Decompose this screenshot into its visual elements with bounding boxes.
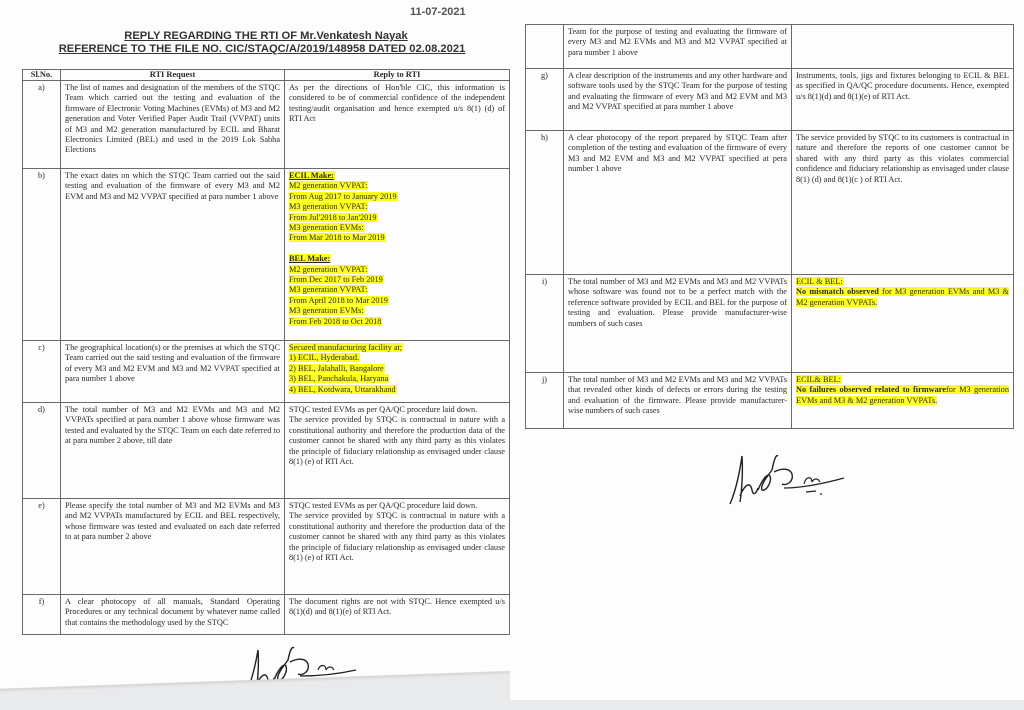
reply-title: ECIL & BEL: (796, 277, 844, 286)
row-reply: The service provided by STQC to its cust… (792, 131, 1014, 275)
rti-table-right: Team for the purpose of testing and eval… (525, 24, 1014, 429)
reply-paragraph: STQC tested EVMs as per QA/QC procedure … (289, 405, 505, 415)
row-reply (792, 25, 1014, 69)
rti-table-left: Sl.No. RTI Request Reply to RTI a) The l… (22, 69, 510, 635)
reply-line: M2 generation VVPAT: (289, 265, 368, 274)
ecil-make-title: ECIL Make: (289, 171, 335, 180)
reply-line: 4) BEL, Kotdwara, Uttarakhand (289, 385, 397, 394)
row-sl: d) (23, 403, 61, 499)
reply-title: ECIL& BEL: (796, 375, 842, 384)
row-reply: Instruments, tools, jigs and fixtures be… (792, 69, 1014, 131)
row-sl: e) (23, 499, 61, 595)
table-row: g) A clear description of the instrument… (526, 69, 1014, 131)
reply-line: 3) BEL, Panchakula, Haryana (289, 374, 389, 383)
signature-image (722, 448, 852, 508)
row-reply: STQC tested EVMs as per QA/QC procedure … (285, 499, 510, 595)
reply-bold: No mismatch observed (796, 287, 879, 296)
row-request: The total number of M3 and M2 EVMs and M… (564, 373, 792, 429)
row-reply: ECIL& BEL: No failures observed related … (792, 373, 1014, 429)
reply-line: M3 generation VVPAT: (289, 285, 368, 294)
reply-line: 1) ECIL, Hyderabad. (289, 353, 360, 362)
row-sl: i) (526, 275, 564, 373)
row-reply: ECIL Make: M2 generation VVPAT: From Aug… (285, 169, 510, 341)
reply-paragraph: The service provided by STQC is contract… (289, 511, 505, 563)
header-rti-request: RTI Request (61, 70, 285, 81)
signature-image (238, 640, 378, 698)
row-reply: ECIL & BEL: No mismatch observed for M3 … (792, 275, 1014, 373)
row-sl: b) (23, 169, 61, 341)
reply-line: Secured manufacturing facility at; (289, 343, 403, 352)
table-row: j) The total number of M3 and M2 EVMs an… (526, 373, 1014, 429)
reply-line: 2) BEL, Jalahalli, Bangalore (289, 364, 385, 373)
document-title: REPLY REGARDING THE RTI OF Mr.Venkatesh … (10, 30, 522, 42)
row-request: A clear description of the instruments a… (564, 69, 792, 131)
table-row: Team for the purpose of testing and eval… (526, 25, 1014, 69)
row-request: The total number of M3 and M2 EVMs and M… (564, 275, 792, 373)
table-header-row: Sl.No. RTI Request Reply to RTI (23, 70, 510, 81)
row-request: A clear photocopy of all manuals, Standa… (61, 595, 285, 635)
header-sl-no: Sl.No. (23, 70, 61, 81)
row-request: The geographical location(s) or the prem… (61, 341, 285, 403)
reply-bold: No failures observed related to firmware (796, 385, 946, 394)
reply-line: From Feb 2018 to Oct 2018 (289, 317, 382, 326)
row-sl (526, 25, 564, 69)
document-date: 11-07-2021 (410, 6, 466, 18)
document-reference: REFERENCE TO THE FILE NO. CIC/STAQC/A/20… (6, 43, 518, 55)
row-sl: a) (23, 81, 61, 169)
reply-line: M3 generation EVMs: (289, 223, 365, 232)
reply-line: From April 2018 to Mar 2019 (289, 296, 389, 305)
row-reply: As per the directions of Hon'ble CIC, th… (285, 81, 510, 169)
reply-line: M3 generation VVPAT: (289, 202, 368, 211)
row-request: The total number of M3 and M2 EVMs and M… (61, 403, 285, 499)
row-request: The list of names and designation of the… (61, 81, 285, 169)
bel-make-title: BEL Make: (289, 254, 331, 263)
row-request: A clear photocopy of the report prepared… (564, 131, 792, 275)
reply-line: M3 generation EVMs: (289, 306, 365, 315)
row-sl: c) (23, 341, 61, 403)
row-reply: The document rights are not with STQC. H… (285, 595, 510, 635)
reply-paragraph: STQC tested EVMs as per QA/QC procedure … (289, 501, 505, 511)
row-request: Please specify the total number of M3 an… (61, 499, 285, 595)
row-request: The exact dates on which the STQC Team c… (61, 169, 285, 341)
reply-paragraph: The service provided by STQC is contract… (289, 415, 505, 467)
row-request: Team for the purpose of testing and eval… (564, 25, 792, 69)
table-row: c) The geographical location(s) or the p… (23, 341, 510, 403)
table-row: e) Please specify the total number of M3… (23, 499, 510, 595)
left-page: 11-07-2021 REPLY REGARDING THE RTI OF Mr… (0, 0, 512, 700)
row-reply: Secured manufacturing facility at; 1) EC… (285, 341, 510, 403)
row-sl: j) (526, 373, 564, 429)
table-row: d) The total number of M3 and M2 EVMs an… (23, 403, 510, 499)
row-reply: STQC tested EVMs as per QA/QC procedure … (285, 403, 510, 499)
table-row: b) The exact dates on which the STQC Tea… (23, 169, 510, 341)
table-row: h) A clear photocopy of the report prepa… (526, 131, 1014, 275)
right-page: Team for the purpose of testing and eval… (512, 0, 1024, 700)
row-sl: f) (23, 595, 61, 635)
reply-line: From Jul'2018 to Jan'2019 (289, 213, 378, 222)
table-row: f) A clear photocopy of all manuals, Sta… (23, 595, 510, 635)
row-sl: g) (526, 69, 564, 131)
reply-line: From Aug 2017 to January 2019 (289, 192, 398, 201)
table-row: a) The list of names and designation of … (23, 81, 510, 169)
table-row: i) The total number of M3 and M2 EVMs an… (526, 275, 1014, 373)
reply-line: M2 generation VVPAT: (289, 181, 368, 190)
reply-line: From Dec 2017 to Feb 2019 (289, 275, 384, 284)
row-sl: h) (526, 131, 564, 275)
reply-line: From Mar 2018 to Mar 2019 (289, 233, 386, 242)
header-reply: Reply to RTI (285, 70, 510, 81)
